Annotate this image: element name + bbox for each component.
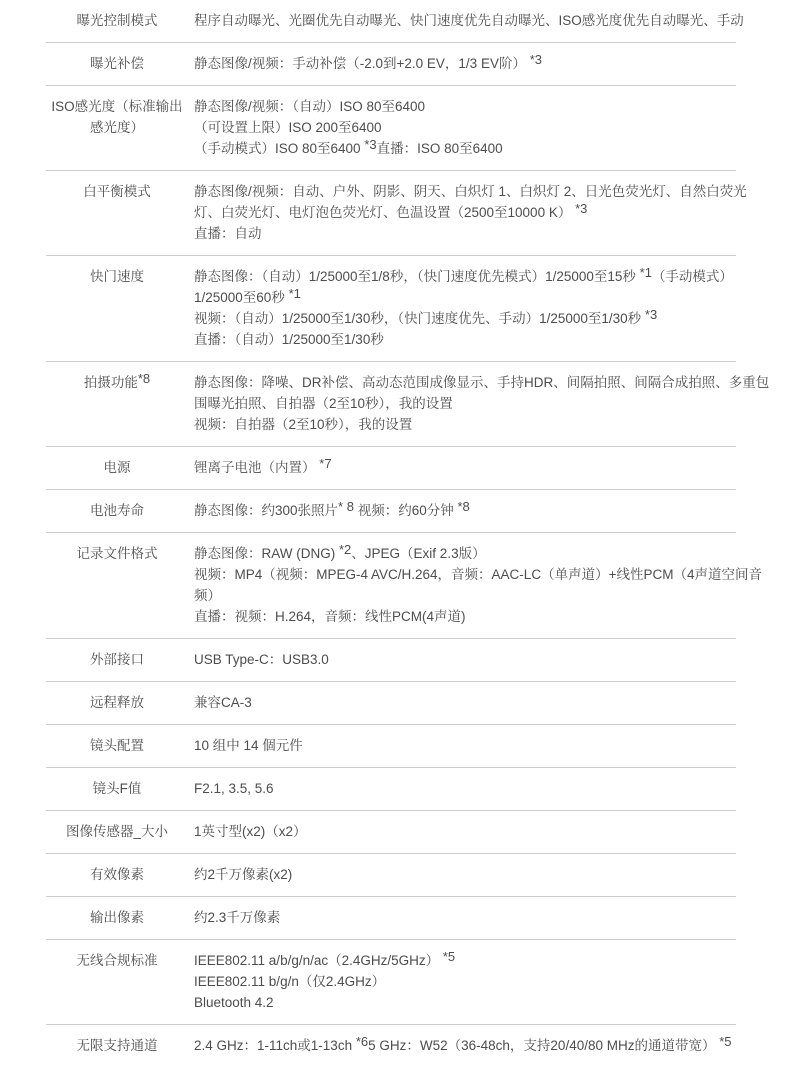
spec-label: 镜头F值 (46, 778, 188, 799)
spec-value: 静态图像：约300张照片* 8 视频：约60分钟 *8 (194, 500, 736, 521)
spec-label: 图像传感器_大小 (46, 821, 188, 842)
spec-value: 锂离子电池（内置） *7 (194, 457, 736, 478)
spec-value: 10 组中 14 個元件 (194, 735, 736, 756)
spec-label: 有效像素 (46, 864, 188, 885)
spec-label: 曝光补偿 (46, 53, 188, 74)
spec-label: 曝光控制模式 (46, 10, 188, 31)
spec-label: 白平衡模式 (46, 181, 188, 202)
spec-label: 记录文件格式 (46, 543, 188, 564)
spec-value: 兼容CA-3 (194, 692, 736, 713)
spec-label: 拍摄功能*8 (46, 372, 188, 393)
spec-label: 电池寿命 (46, 500, 188, 521)
spec-row-white-balance-mode: 白平衡模式 静态图像/视频：自动、户外、阴影、阴天、白炽灯 1、白炽灯 2、日光… (46, 170, 736, 255)
spec-value: 程序自动曝光、光圈优先自动曝光、快门速度优先自动曝光、ISO感光度优先自动曝光、… (194, 10, 744, 31)
spec-label: 电源 (46, 457, 188, 478)
spec-value: 静态图像：（自动）1/25000至1/8秒，（快门速度优先模式）1/25000至… (194, 266, 736, 350)
spec-row-shutter-speed: 快门速度 静态图像：（自动）1/25000至1/8秒，（快门速度优先模式）1/2… (46, 255, 736, 361)
spec-row-effective-pixels: 有效像素 约2千万像素(x2) (46, 853, 736, 896)
spec-row-external-interface: 外部接口 USB Type-C：USB3.0 (46, 638, 736, 681)
spec-row-lens-construction: 镜头配置 10 组中 14 個元件 (46, 724, 736, 767)
spec-row-exposure-compensation: 曝光补偿 静态图像/视频：手动补偿（-2.0到+2.0 EV，1/3 EV阶） … (46, 42, 736, 85)
spec-row-exposure-control-mode: 曝光控制模式 程序自动曝光、光圈优先自动曝光、快门速度优先自动曝光、ISO感光度… (46, 0, 736, 42)
camera-spec-table: 曝光控制模式 程序自动曝光、光圈优先自动曝光、快门速度优先自动曝光、ISO感光度… (46, 0, 736, 1067)
spec-value: 2.4 GHz：1-11ch或1-13ch *65 GHz：W52（36-48c… (194, 1035, 736, 1056)
spec-value: 静态图像：降噪、DR补偿、高动态范围成像显示、手持HDR、间隔拍照、间隔合成拍照… (194, 372, 769, 435)
spec-label: 远程释放 (46, 692, 188, 713)
spec-row-wireless-supported-channels: 无限支持通道 2.4 GHz：1-11ch或1-13ch *65 GHz：W52… (46, 1024, 736, 1067)
spec-row-battery-life: 电池寿命 静态图像：约300张照片* 8 视频：约60分钟 *8 (46, 489, 736, 532)
spec-label: 无限支持通道 (46, 1035, 188, 1056)
spec-value: 约2.3千万像素 (194, 907, 736, 928)
spec-value: 静态图像/视频：自动、户外、阴影、阴天、白炽灯 1、白炽灯 2、日光色荧光灯、自… (194, 181, 747, 244)
spec-row-iso-sensitivity: ISO感光度（标准输出 感光度） 静态图像/视频：（自动）ISO 80至6400… (46, 85, 736, 170)
spec-value: 1英寸型(x2)（x2） (194, 821, 736, 842)
spec-value: 静态图像：RAW (DNG) *2、JPEG（Exif 2.3版） 视频：MP4… (194, 543, 762, 627)
spec-value: 静态图像/视频：（自动）ISO 80至6400 （可设置上限）ISO 200至6… (194, 96, 736, 159)
spec-value: 静态图像/视频：手动补偿（-2.0到+2.0 EV，1/3 EV阶） *3 (194, 53, 736, 74)
spec-row-lens-f-number: 镜头F值 F2.1, 3.5, 5.6 (46, 767, 736, 810)
spec-row-recording-file-format: 记录文件格式 静态图像：RAW (DNG) *2、JPEG（Exif 2.3版）… (46, 532, 736, 638)
spec-label: 无线合规标准 (46, 950, 188, 971)
spec-value: IEEE802.11 a/b/g/n/ac（2.4GHz/5GHz） *5 IE… (194, 950, 736, 1013)
spec-label: 快门速度 (46, 266, 188, 287)
spec-value: USB Type-C：USB3.0 (194, 649, 736, 670)
spec-label: 镜头配置 (46, 735, 188, 756)
spec-value: F2.1, 3.5, 5.6 (194, 778, 736, 799)
spec-label: 外部接口 (46, 649, 188, 670)
spec-row-image-sensor-size: 图像传感器_大小 1英寸型(x2)（x2） (46, 810, 736, 853)
spec-label: 输出像素 (46, 907, 188, 928)
spec-row-output-pixels: 输出像素 约2.3千万像素 (46, 896, 736, 939)
spec-row-power-source: 电源 锂离子电池（内置） *7 (46, 446, 736, 489)
spec-row-wireless-compliance-standard: 无线合规标准 IEEE802.11 a/b/g/n/ac（2.4GHz/5GHz… (46, 939, 736, 1024)
spec-row-remote-release: 远程释放 兼容CA-3 (46, 681, 736, 724)
spec-value: 约2千万像素(x2) (194, 864, 736, 885)
spec-row-shooting-functions: 拍摄功能*8 静态图像：降噪、DR补偿、高动态范围成像显示、手持HDR、间隔拍照… (46, 361, 736, 446)
spec-label: ISO感光度（标准输出 感光度） (46, 96, 188, 138)
